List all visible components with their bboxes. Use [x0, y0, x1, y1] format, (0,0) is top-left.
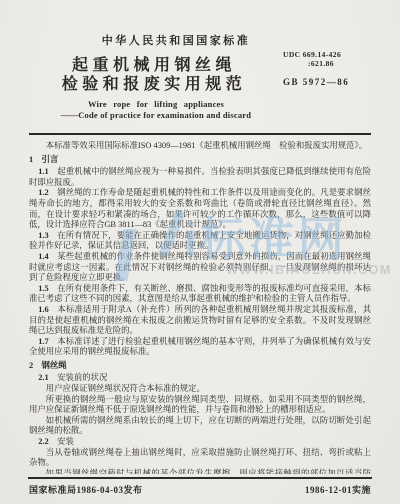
title-english: Wire rope for lifting appliances ——Code … [0, 99, 312, 120]
clause-1.5: 1.5 在所有使用条件下，有关断丝、磨损、腐蚀和变形等的报废标准均可直接采用，本… [29, 284, 371, 305]
clause-1.6: 1.6 本标准适用于附录A（补充件）所列的各种起重机械用钢丝绳并规定其报废标准，… [29, 305, 371, 337]
footer: 国家标准局1986-04-03发布 1986-12-01实施 [29, 483, 371, 496]
clause-2.2: 2.2 安装 [29, 437, 371, 448]
section-1-heading: 1 引言 [29, 155, 371, 166]
national-standard-label: 中华人民共和国国家标准 [0, 32, 352, 48]
clause-1.3: 1.3 在所有情况下，要能在正确操作的起重机械上安全地搬运货物，对钢丝绳还应勤加… [29, 231, 371, 252]
clause-1.1: 1.1 起重机械中的钢丝绳应视为一种易损件。当检验表明其强度已降低到继续使用有危… [29, 167, 371, 188]
title-chinese-line1: 起重机械用钢丝绳 [0, 56, 308, 75]
document-page: i标准网 WWW.IBIAOZHUN.COM 中华人民共和国国家标准 UDC 6… [0, 0, 400, 504]
paragraph: 当从卷轴或钢丝绳卷上抽出钢丝绳时，应采取措施防止钢丝绳打环、扭结、弯折或粘上杂物… [29, 448, 371, 469]
title-english-line2: ——Code of practice for examination and d… [0, 110, 312, 121]
section-2-heading: 2 钢丝绳 [29, 361, 371, 372]
paragraph: 用户应保证钢丝绳状况符合本标准的规定。 [29, 384, 371, 395]
footer-rule [28, 477, 372, 479]
implemented-date: 1986-12-01实施 [305, 483, 371, 496]
intro-paragraph: 本标准等效采用国际标准ISO 4309—1981《起重机械用钢丝绳 检验和报废实… [29, 141, 371, 152]
clause-1.4: 1.4 某些起重机械的作业条件使钢丝绳特别容易受到意外的损伤，因而在最初选用钢丝… [29, 252, 371, 284]
issued-date: 国家标准局1986-04-03发布 [29, 483, 143, 496]
title-chinese-line2: 检验和报废实用规范 [0, 75, 308, 94]
title-chinese: 起重机械用钢丝绳 检验和报废实用规范 [0, 56, 308, 94]
paragraph: 如果当钢丝绳空载时与机械的某个部位发生摩擦，则应将能接触到的部位加以适当防护。 [29, 469, 371, 474]
clause-2.1: 2.1 安装前的状况 [29, 373, 371, 384]
clause-1.2: 1.2 钢丝绳的工作寿命是随起重机械的特性和工作条件以及用途而变化的。凡是要求钢… [29, 188, 371, 230]
paragraph: 如机械所需的钢丝绳系由较长的绳上切下，应在切断的两端进行处理，以防切断处引起钢丝… [29, 416, 371, 437]
clause-1.7: 1.7 本标准详述了进行检验起重机械用钢丝绳的基本守则，并列举了为确保机械有效与… [29, 337, 371, 358]
document-body: 本标准等效采用国际标准ISO 4309—1981《起重机械用钢丝绳 检验和报废实… [29, 141, 371, 474]
title-english-line1: Wire rope for lifting appliances [0, 99, 312, 110]
paragraph: 所更换的钢丝绳一般应与原安装的钢丝绳同类型、同规格。如采用不同类型的钢丝绳，用户… [29, 395, 371, 416]
sections-host: 1 引言1.1 起重机械中的钢丝绳应视为一种易损件。当检验表明其强度已降低到继续… [29, 155, 371, 474]
header-rule [29, 133, 371, 135]
